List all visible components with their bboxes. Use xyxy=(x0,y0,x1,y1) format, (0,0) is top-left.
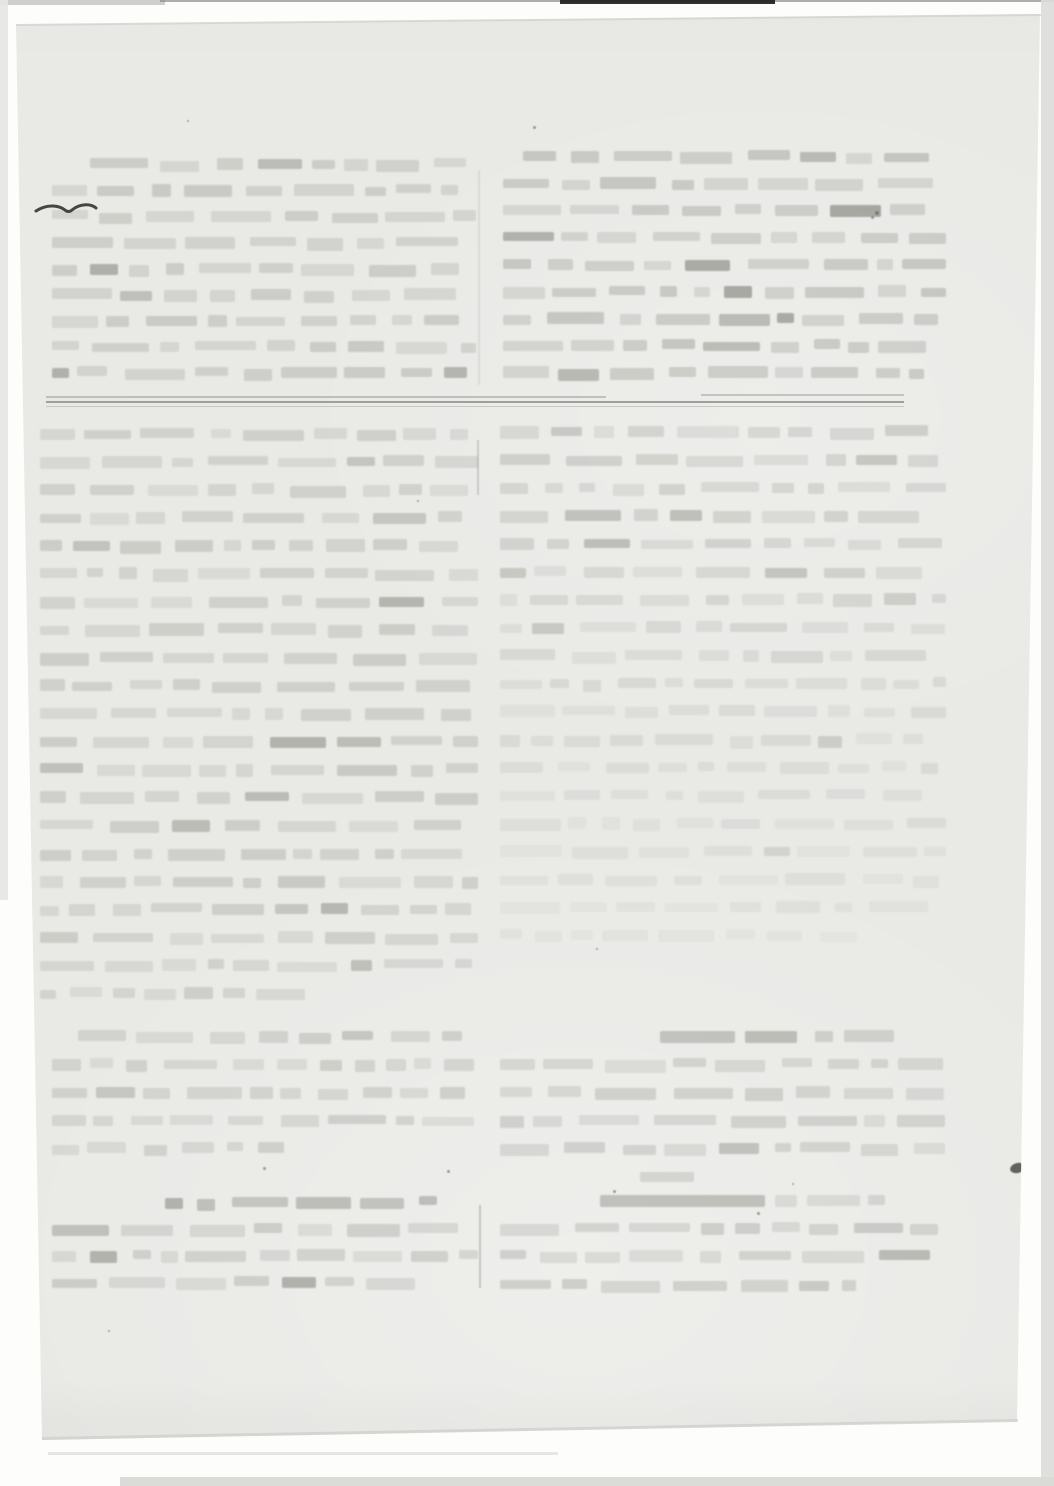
ghost-word xyxy=(52,265,77,277)
ghost-word xyxy=(145,791,179,801)
ghost-word xyxy=(540,1252,578,1262)
noise-speck-0 xyxy=(533,126,536,129)
ghost-word xyxy=(187,1087,243,1099)
ghost-word xyxy=(113,904,141,916)
ghost-word xyxy=(130,680,162,689)
ghost-word xyxy=(282,1277,316,1288)
scan-left-strip xyxy=(0,0,8,900)
ghost-word xyxy=(411,765,434,777)
ghost-word xyxy=(775,1195,797,1207)
ghost-word xyxy=(640,595,689,606)
ghost-word xyxy=(365,187,386,196)
ghost-word xyxy=(698,762,714,772)
ghost-text-line xyxy=(40,819,478,833)
ghost-text-line xyxy=(40,763,478,777)
ghost-word xyxy=(713,511,752,523)
ghost-lead-word xyxy=(600,1195,765,1207)
ghost-word xyxy=(312,160,335,169)
ghost-word xyxy=(96,1087,135,1098)
ghost-word xyxy=(453,210,476,221)
ghost-word xyxy=(278,931,313,943)
ghost-word xyxy=(828,1059,858,1069)
ghost-word xyxy=(572,847,628,859)
ghost-word xyxy=(780,762,829,774)
ghost-text-line xyxy=(503,339,946,353)
ghost-word xyxy=(299,1033,331,1044)
ghost-word xyxy=(136,1032,193,1043)
ghost-word xyxy=(616,902,655,911)
ghost-word xyxy=(500,594,517,606)
ghost-word xyxy=(366,1278,415,1290)
ghost-word xyxy=(84,430,131,440)
ghost-word xyxy=(337,765,397,776)
ghost-word xyxy=(863,847,917,856)
ghost-word xyxy=(52,237,113,248)
ghost-word xyxy=(314,428,347,439)
ghost-word xyxy=(441,709,471,721)
ghost-text-line xyxy=(500,453,946,467)
ghost-word xyxy=(640,1172,694,1182)
ghost-text-line xyxy=(40,931,478,945)
ghost-word xyxy=(320,849,360,860)
ghost-word xyxy=(662,339,695,348)
ghost-word xyxy=(404,288,456,299)
ghost-word xyxy=(639,847,690,858)
ghost-word xyxy=(284,653,337,664)
ghost-word xyxy=(601,1281,660,1293)
ghost-word xyxy=(245,792,290,802)
ghost-word xyxy=(864,708,896,718)
ghost-word xyxy=(285,211,318,221)
ghost-word xyxy=(694,679,734,689)
ghost-word xyxy=(165,1198,183,1209)
ghost-word xyxy=(419,1196,437,1205)
ghost-word xyxy=(844,820,894,831)
ghost-word xyxy=(721,819,760,829)
ghost-word xyxy=(277,1059,307,1070)
ghost-word xyxy=(281,367,337,379)
ghost-word xyxy=(656,314,710,325)
ghost-word xyxy=(771,651,823,663)
ghost-word xyxy=(258,1142,285,1153)
ghost-word xyxy=(328,625,362,637)
noise-speck-4 xyxy=(613,1190,616,1193)
ghost-word xyxy=(40,597,75,610)
ghost-word xyxy=(244,369,272,381)
ghost-word xyxy=(503,205,561,215)
ghost-word xyxy=(153,569,188,581)
ghost-text-line xyxy=(503,285,946,299)
ghost-word xyxy=(913,876,939,888)
ghost-word xyxy=(826,454,846,466)
ghost-word xyxy=(40,791,66,803)
ghost-word xyxy=(282,595,303,606)
ghost-word xyxy=(392,315,412,325)
ghost-word xyxy=(250,1087,272,1099)
ghost-word xyxy=(552,288,596,297)
ghost-word xyxy=(548,1086,581,1097)
ghost-word xyxy=(185,1251,246,1262)
section-divider-rule-3 xyxy=(46,406,904,407)
ghost-word xyxy=(120,541,160,553)
ghost-word xyxy=(584,539,630,548)
ghost-word xyxy=(52,1251,76,1262)
ghost-word xyxy=(84,598,139,608)
ghost-word xyxy=(902,259,946,269)
ghost-word xyxy=(70,987,103,997)
ghost-word xyxy=(533,1116,562,1127)
ghost-word xyxy=(148,485,198,496)
ghost-word xyxy=(742,594,785,605)
ghost-word xyxy=(547,312,603,324)
ghost-word xyxy=(258,159,302,168)
ghost-word xyxy=(424,315,459,325)
ghost-word xyxy=(764,706,817,717)
section-divider-rule-0 xyxy=(46,396,606,398)
ghost-word xyxy=(686,456,743,467)
ghost-word xyxy=(812,232,845,243)
ghost-word xyxy=(278,821,336,833)
ghost-word xyxy=(565,510,621,521)
squiggle-dash-mark xyxy=(34,200,98,218)
ghost-word xyxy=(848,540,882,550)
ghost-word xyxy=(775,819,835,829)
ghost-word xyxy=(195,341,257,351)
ghost-word xyxy=(561,232,587,242)
ghost-word xyxy=(500,735,520,747)
ghost-word xyxy=(545,483,562,493)
ghost-word xyxy=(824,259,868,271)
ghost-word xyxy=(52,1145,79,1156)
ghost-word xyxy=(864,1115,886,1126)
ghost-word xyxy=(771,342,799,353)
ghost-word xyxy=(796,1086,831,1098)
ghost-word xyxy=(111,708,156,718)
ghost-word xyxy=(251,289,291,300)
ghost-word xyxy=(719,875,778,885)
noise-speck-5 xyxy=(757,1212,760,1215)
ghost-text-line xyxy=(503,177,946,191)
ghost-word xyxy=(658,930,714,942)
ghost-word xyxy=(125,369,185,381)
ghost-text-line xyxy=(40,427,478,441)
ghost-word xyxy=(109,1277,165,1288)
ghost-word xyxy=(765,287,795,299)
ghost-word xyxy=(399,484,422,495)
ghost-word xyxy=(212,682,261,693)
ghost-word xyxy=(748,259,809,269)
ghost-word xyxy=(724,286,752,298)
ghost-word xyxy=(743,650,760,662)
ghost-word xyxy=(40,626,69,635)
ghost-word xyxy=(375,849,394,859)
ghost-word xyxy=(906,483,946,492)
column-divider-segment-0 xyxy=(478,170,480,385)
ghost-word xyxy=(758,790,810,800)
ghost-word xyxy=(267,340,295,350)
ghost-word xyxy=(99,213,132,225)
ghost-word xyxy=(856,455,898,464)
ghost-word xyxy=(162,959,196,971)
ghost-word xyxy=(579,483,596,493)
ghost-word xyxy=(771,232,798,244)
ghost-word xyxy=(326,539,365,552)
ghost-word xyxy=(798,1116,857,1126)
ghost-text-line xyxy=(52,1058,474,1072)
ghost-text-line xyxy=(52,1142,284,1156)
ghost-word xyxy=(921,763,938,775)
ghost-word xyxy=(735,204,762,214)
ghost-word xyxy=(871,1059,889,1069)
ghost-word xyxy=(629,1250,683,1262)
ghost-word xyxy=(669,705,709,715)
ghost-word xyxy=(580,622,636,633)
ghost-word xyxy=(373,513,426,525)
ghost-word xyxy=(500,1116,524,1129)
ghost-word xyxy=(500,762,543,774)
ghost-word xyxy=(745,1031,797,1043)
ghost-word xyxy=(93,737,149,747)
ghost-text-line xyxy=(500,789,946,803)
ghost-word xyxy=(209,597,268,608)
ghost-word xyxy=(741,1280,788,1292)
ghost-word xyxy=(730,902,760,913)
ghost-word xyxy=(453,736,478,748)
ghost-text-line xyxy=(52,1249,478,1263)
ghost-word xyxy=(234,1276,269,1286)
ghost-word xyxy=(562,706,615,715)
ghost-word xyxy=(172,458,193,468)
ghost-word xyxy=(623,1145,657,1155)
ghost-word xyxy=(297,1249,345,1261)
scan-top-dark-bar xyxy=(560,0,775,4)
ghost-word xyxy=(706,595,729,606)
ghost-word xyxy=(124,238,176,249)
ghost-word xyxy=(82,850,117,861)
ghost-word xyxy=(211,934,265,944)
ghost-word xyxy=(694,287,710,297)
ghost-word xyxy=(446,763,478,773)
column-divider-segment-2 xyxy=(479,1205,481,1288)
ghost-word xyxy=(40,737,77,747)
ghost-word xyxy=(876,368,900,378)
ghost-word xyxy=(933,677,946,687)
ghost-word xyxy=(110,821,159,833)
ghost-word xyxy=(503,179,549,188)
ghost-word xyxy=(386,1059,406,1071)
ghost-text-line xyxy=(500,761,946,775)
ghost-word xyxy=(893,680,919,690)
ghost-word xyxy=(435,456,478,468)
ghost-word xyxy=(575,1223,620,1232)
ghost-word xyxy=(52,316,98,328)
ghost-lead-word xyxy=(660,1031,735,1043)
ghost-word xyxy=(500,1224,559,1236)
ghost-word xyxy=(422,1117,474,1127)
ghost-word xyxy=(301,709,351,721)
ghost-text-line xyxy=(600,1194,900,1208)
ghost-word xyxy=(754,455,808,465)
ghost-word xyxy=(500,680,542,689)
ghost-word xyxy=(665,678,683,688)
ghost-word xyxy=(666,791,683,800)
ghost-word xyxy=(414,876,453,888)
ghost-text-line xyxy=(500,509,946,523)
ghost-word xyxy=(846,153,872,165)
ghost-word xyxy=(385,212,445,222)
ghost-word xyxy=(614,151,673,162)
ghost-word xyxy=(921,288,947,297)
ghost-word xyxy=(40,876,63,888)
ghost-word xyxy=(256,989,305,1001)
ghost-word xyxy=(579,1115,638,1125)
ghost-word xyxy=(232,708,251,719)
ghost-word xyxy=(788,427,812,437)
ghost-word xyxy=(290,486,346,498)
ghost-word xyxy=(907,818,946,828)
ghost-word xyxy=(176,1278,226,1290)
ghost-word xyxy=(173,877,233,887)
ghost-word xyxy=(500,649,555,660)
ghost-text-line xyxy=(500,649,946,663)
ghost-word xyxy=(877,259,893,270)
ghost-word xyxy=(800,152,836,162)
ghost-word xyxy=(40,653,89,665)
ghost-word xyxy=(898,1058,943,1070)
ghost-word xyxy=(396,1116,414,1125)
ghost-word xyxy=(818,736,841,748)
ghost-word xyxy=(223,988,245,998)
ghost-word xyxy=(210,290,235,302)
ghost-word xyxy=(500,454,550,465)
ghost-word xyxy=(208,315,227,327)
ghost-word xyxy=(808,483,824,494)
ghost-word xyxy=(633,567,683,578)
ghost-text-line xyxy=(40,567,478,581)
noise-speck-6 xyxy=(263,1167,266,1170)
ghost-word xyxy=(903,734,923,744)
ghost-text-line xyxy=(500,1058,945,1072)
ghost-word xyxy=(431,263,459,275)
ghost-word xyxy=(175,540,213,552)
ghost-text-line xyxy=(500,929,857,943)
ghost-word xyxy=(858,511,919,523)
ghost-word xyxy=(805,287,864,298)
ghost-word xyxy=(208,959,224,969)
ghost-word xyxy=(704,178,749,190)
ghost-word xyxy=(674,1088,733,1099)
ghost-word xyxy=(701,482,759,492)
ghost-word xyxy=(531,736,553,746)
ghost-word xyxy=(90,1058,113,1068)
ghost-word xyxy=(828,705,850,717)
ghost-word xyxy=(775,367,803,378)
ghost-word xyxy=(301,316,337,326)
ghost-word xyxy=(500,705,555,717)
ghost-word xyxy=(119,567,137,579)
ghost-word xyxy=(830,205,881,217)
ghost-word xyxy=(727,762,766,772)
ghost-word xyxy=(40,568,77,578)
ghost-word xyxy=(52,1115,86,1126)
ghost-word xyxy=(500,538,534,550)
ghost-text-line xyxy=(52,1276,435,1290)
ghost-word xyxy=(92,343,149,353)
ghost-word xyxy=(163,737,193,748)
ghost-word xyxy=(503,366,549,377)
ghost-word xyxy=(357,430,396,442)
ghost-word xyxy=(328,1115,385,1125)
ghost-word xyxy=(583,680,602,692)
ghost-word xyxy=(932,594,946,604)
ghost-word xyxy=(897,1115,945,1127)
ghost-text-line xyxy=(640,1170,700,1184)
ghost-word xyxy=(375,570,434,581)
ghost-word xyxy=(838,482,890,493)
ghost-word xyxy=(289,540,313,551)
ghost-word xyxy=(882,761,907,770)
ghost-word xyxy=(270,737,326,748)
ghost-word xyxy=(500,819,561,831)
ghost-word xyxy=(90,158,148,168)
ghost-word xyxy=(632,205,669,215)
ghost-word xyxy=(355,1060,375,1073)
ghost-word xyxy=(844,1088,893,1099)
noise-speck-10 xyxy=(108,1330,110,1332)
ghost-word xyxy=(664,1144,707,1156)
ghost-word xyxy=(564,790,600,799)
ghost-word xyxy=(674,876,702,885)
ghost-text-line xyxy=(40,903,478,917)
ghost-word xyxy=(52,185,87,197)
ghost-word xyxy=(396,237,458,246)
ghost-word xyxy=(401,849,462,859)
ghost-word xyxy=(173,679,200,689)
ghost-word xyxy=(280,1088,300,1099)
ghost-word xyxy=(654,1115,716,1126)
ghost-text-line xyxy=(40,483,478,497)
ghost-word xyxy=(660,286,677,297)
ghost-word xyxy=(861,233,898,243)
ghost-word xyxy=(815,179,863,191)
ghost-word xyxy=(252,483,274,494)
ghost-word xyxy=(444,1059,474,1071)
ghost-word xyxy=(571,340,614,350)
ghost-word xyxy=(351,960,372,972)
ghost-word xyxy=(40,850,71,861)
ghost-word xyxy=(503,259,531,270)
ghost-word xyxy=(765,568,807,578)
ghost-text-line xyxy=(52,236,476,250)
ghost-word xyxy=(344,367,385,377)
ghost-word xyxy=(199,765,226,777)
ghost-word xyxy=(503,232,554,242)
ghost-word xyxy=(672,180,694,191)
ghost-word xyxy=(52,341,79,350)
section-divider-rule-2 xyxy=(46,401,904,403)
ghost-word xyxy=(814,339,841,348)
ghost-word xyxy=(704,846,752,856)
ghost-text-line xyxy=(52,262,476,276)
ghost-text-line xyxy=(503,312,946,326)
ghost-text-line xyxy=(40,511,478,525)
section-divider-rule-1 xyxy=(701,394,904,396)
ghost-word xyxy=(77,366,107,376)
ghost-word xyxy=(811,367,858,378)
ghost-word xyxy=(217,158,244,170)
ghost-word xyxy=(301,264,354,276)
ghost-text-line xyxy=(500,733,946,747)
